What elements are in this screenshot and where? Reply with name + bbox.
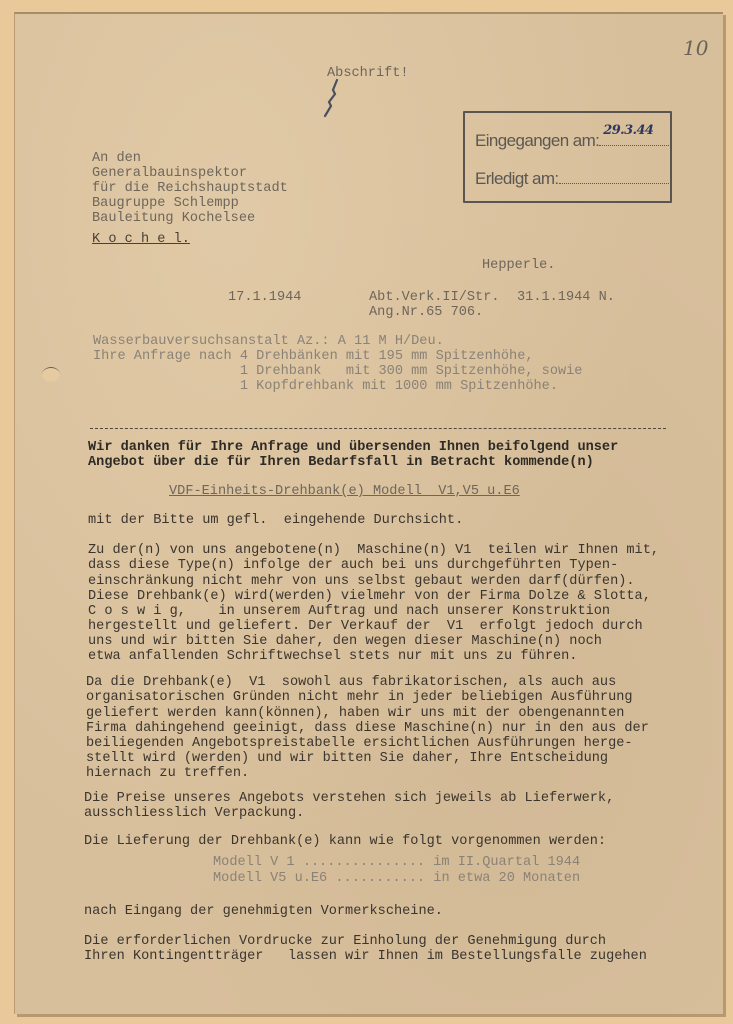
subject-line: Wasserbauversuchsanstalt Az.: A 11 M H/D…	[93, 334, 444, 349]
body-line: Angebot über die für Ihren Bedarfsfall i…	[88, 455, 594, 470]
body-line: Diese Drehbank(e) wird(werden) vielmehr …	[88, 589, 651, 604]
body-line: Die Preise unseres Angebots verstehen si…	[84, 791, 614, 806]
delivery-condition: nach Eingang der genehmigten Vormerksche…	[84, 904, 443, 919]
offer-number: Ang.Nr.65 706.	[369, 305, 483, 320]
subject-line: 1 Kopfdrehbank mit 1000 mm Spitzenhöhe.	[93, 379, 558, 394]
delivery-intro: Die Lieferung der Drehbank(e) kann wie f…	[84, 834, 606, 849]
review-request: mit der Bitte um gefl. eingehende Durchs…	[88, 513, 463, 528]
stamp-done-label: Erledigt am:	[475, 169, 559, 188]
body-line: C o s w i g, in unserem Auftrag und nach…	[88, 604, 610, 619]
delivery-time: im II.Quartal 1944	[433, 855, 580, 870]
recipient-line: An den	[92, 151, 141, 166]
stamp-received-label: Eingegangen am:	[475, 131, 599, 150]
recipient-city: K o c h e l.	[92, 232, 190, 247]
body-line: dass diese Type(n) infolge der auch bei …	[88, 558, 618, 573]
body-line: hergestellt und geliefert. Der Verkauf d…	[88, 619, 643, 634]
product-title: VDF-Einheits-Drehbank(e) Modell V1,V5 u.…	[169, 484, 520, 499]
recipient-line: Bauleitung Kochelsee	[92, 211, 255, 226]
body-line: Wir danken für Ihre Anfrage und übersend…	[88, 440, 618, 455]
body-line: uns und wir bitten Sie daher, den wegen …	[88, 634, 602, 649]
pencil-scribble-icon	[323, 78, 343, 118]
body-line: beiliegenden Angebotspreistabelle ersich…	[86, 736, 633, 751]
body-line: geliefert werden kann(können), haben wir…	[86, 706, 624, 721]
separator-rule	[90, 428, 666, 429]
stamp-received-date: 29.3.44	[603, 123, 653, 138]
signature-reference: Hepperle.	[482, 258, 555, 273]
page-number: 10	[683, 36, 708, 60]
body-line: Firma dahingehend geeinigt, dass diese M…	[86, 721, 649, 736]
delivery-time: in etwa 20 Monaten	[433, 871, 580, 886]
body-line: Da die Drehbank(e) V1 sowohl aus fabrika…	[86, 675, 616, 690]
body-line: Ihren Kontingentträger lassen wir Ihnen …	[84, 949, 647, 964]
delivery-leader: ...........	[327, 871, 433, 886]
recipient-line: Baugruppe Schlempp	[92, 196, 239, 211]
delivery-model: Modell V 1	[213, 855, 295, 870]
body-line: organisatorischen Gründen nicht mehr in …	[86, 690, 633, 705]
your-letter-date: 17.1.1944	[228, 290, 301, 305]
delivery-row: Modell V5 u.E6 ........... in etwa 20 Mo…	[213, 871, 580, 886]
body-line: hiernach zu treffen.	[86, 766, 249, 781]
our-letter-date: 31.1.1944 N.	[517, 290, 615, 305]
body-line: etwa anfallenden Schriftwechsel stets nu…	[88, 649, 577, 664]
recipient-line: für die Reichshauptstadt	[92, 181, 288, 196]
recipient-line: Generalbauinspektor	[92, 166, 247, 181]
delivery-row: Modell V 1 ............... im II.Quartal…	[213, 855, 580, 870]
subject-line: Ihre Anfrage nach 4 Drehbänken mit 195 m…	[93, 349, 534, 364]
department-code: Abt.Verk.II/Str.	[369, 290, 500, 305]
punch-hole	[42, 367, 60, 382]
body-line: ausschliesslich Verpackung.	[84, 806, 304, 821]
received-stamp: Eingegangen am:29.3.44 Erledigt am:	[463, 111, 672, 203]
stamp-done-row: Erledigt am:	[475, 169, 669, 189]
delivery-model: Modell V5 u.E6	[213, 871, 327, 886]
body-line: Die erforderlichen Vordrucke zur Einholu…	[84, 934, 606, 949]
subject-line: 1 Drehbank mit 300 mm Spitzenhöhe, sowie	[93, 364, 582, 379]
delivery-leader: ...............	[295, 855, 434, 870]
stamp-received-row: Eingegangen am:29.3.44	[475, 131, 669, 151]
body-line: einschränkung nicht mehr von uns selbst …	[88, 574, 635, 589]
body-line: stellt wird (werden) und wir bitten Sie …	[86, 751, 608, 766]
body-line: Zu der(n) von uns angebotene(n) Maschine…	[88, 543, 659, 558]
